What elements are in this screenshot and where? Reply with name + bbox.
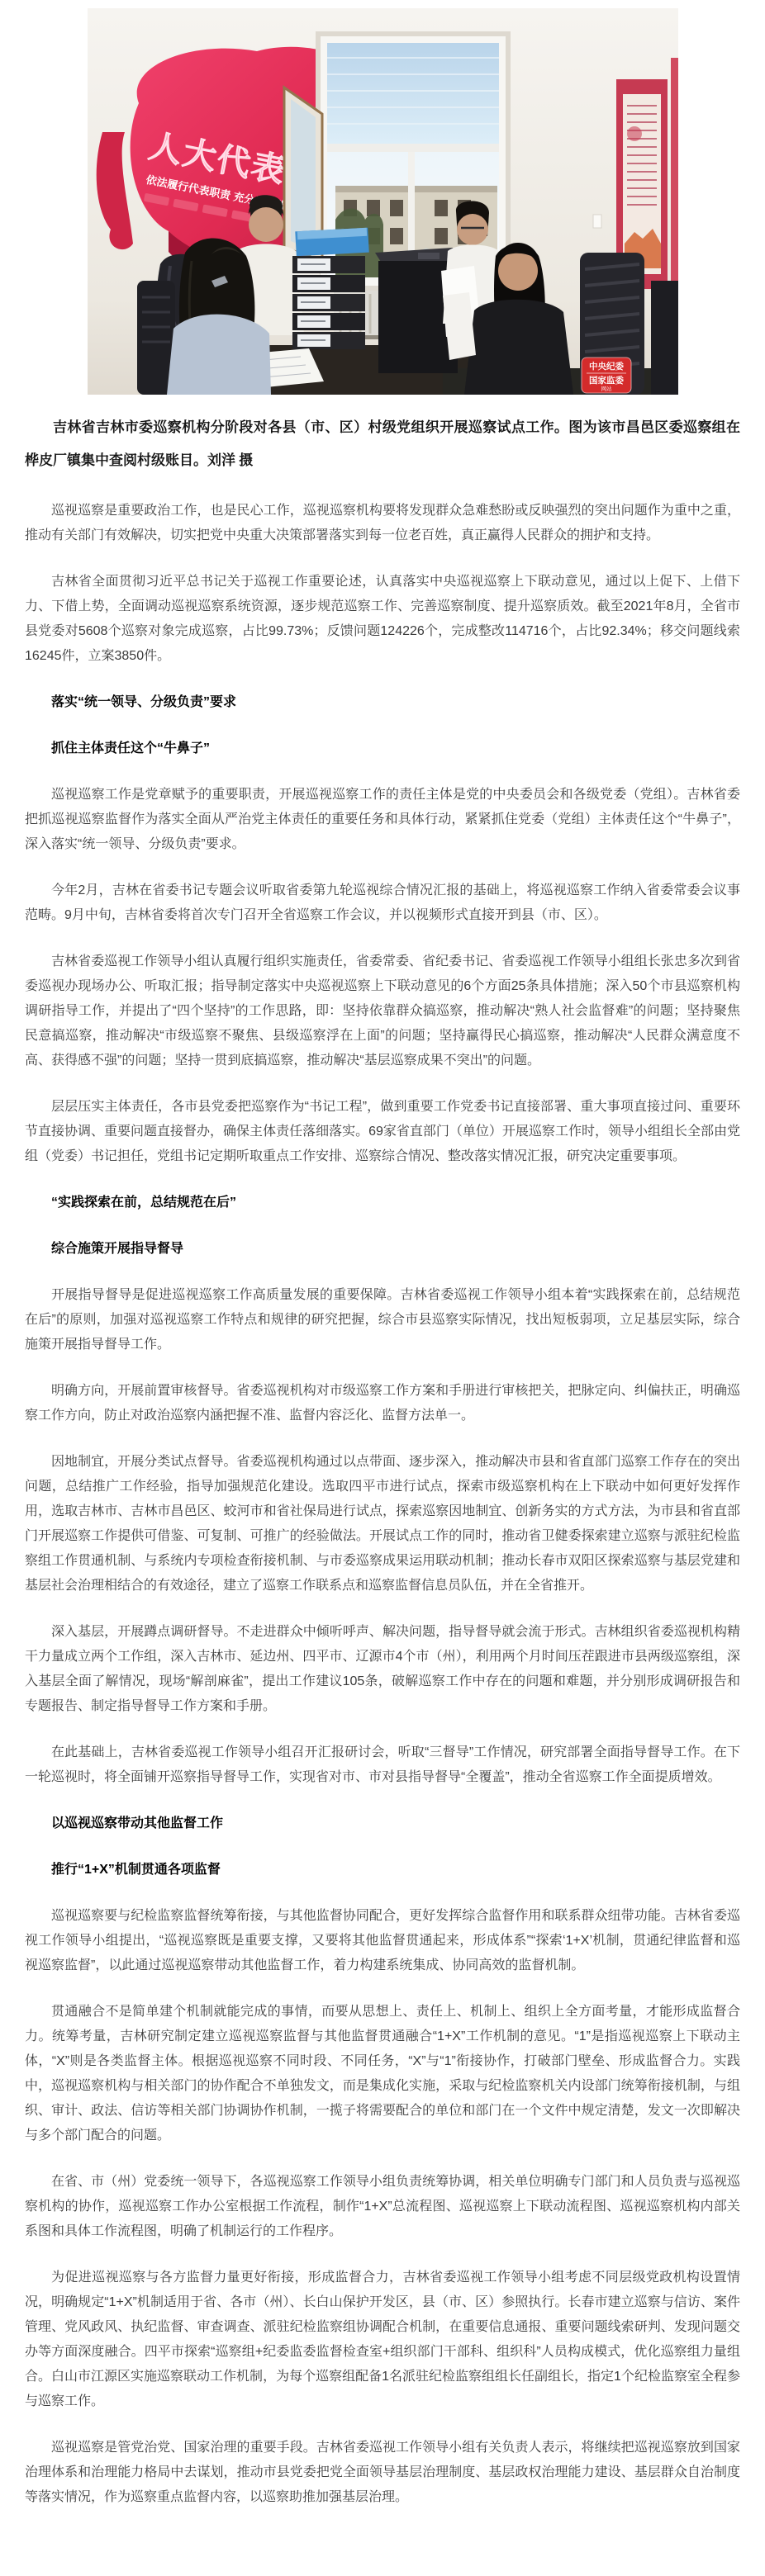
- watermark-badge: 中央纪委 国家监委 网站: [582, 358, 631, 393]
- paragraph: 巡视巡察是管党治党、国家治理的重要手段。吉林省委巡视工作领导小组有关负责人表示，…: [25, 2436, 740, 2510]
- photo-illustration: 人大代表之家 依法履行代表职责 充分发挥代表作用: [88, 8, 678, 395]
- section-heading: “实践探索在前，总结规范在后”: [25, 1191, 740, 1215]
- article-body: 人大代表之家 依法履行代表职责 充分发挥代表作用: [0, 0, 765, 2564]
- watermark-line1: 中央纪委: [589, 361, 624, 372]
- paragraph: 吉林省全面贯彻习近平总书记关于巡视工作重要论述，认真落实中央巡视巡察上下联动意见…: [25, 570, 740, 669]
- paragraph: 层层压实主体责任，各市县党委把巡察作为“书记工程”，做到重要工作党委书记直接部署…: [25, 1095, 740, 1169]
- section-heading: 以巡视巡察带动其他监督工作: [25, 1811, 740, 1836]
- paragraph: 在省、市（州）党委统一领导下，各巡视巡察工作领导小组负责统筹协调，相关单位明确专…: [25, 2170, 740, 2244]
- paragraph: 明确方向，开展前置审核督导。省委巡视机构对市级巡察工作方案和手册进行审核把关，把…: [25, 1379, 740, 1428]
- paragraph: 今年2月，吉林在省委书记专题会议听取省委第九轮巡视综合情况汇报的基础上，将巡视巡…: [25, 878, 740, 928]
- news-photo: 人大代表之家 依法履行代表职责 充分发挥代表作用: [88, 8, 678, 395]
- paragraph: 贯通融合不是简单建个机制就能完成的事情，而要从思想上、责任上、机制上、组织上全方…: [25, 2000, 740, 2148]
- paragraph: 因地制宜，开展分类试点督导。省委巡视机构通过以点带面、逐步深入，推动解决市县和省…: [25, 1450, 740, 1598]
- paragraph: 巡视巡察是重要政治工作，也是民心工作，巡视巡察机构要将发现群众急难愁盼或反映强烈…: [25, 499, 740, 548]
- paragraph: 深入基层，开展蹲点调研督导。不走进群众中倾听呼声、解决问题，指导督导就会流于形式…: [25, 1620, 740, 1719]
- paragraph: 开展指导督导是促进巡视巡察工作高质量发展的重要保障。吉林省委巡视工作领导小组本着…: [25, 1283, 740, 1357]
- section-heading: 综合施策开展指导督导: [25, 1237, 740, 1262]
- watermark-line2: 国家监委: [589, 375, 624, 386]
- section-heading: 抓住主体责任这个“牛鼻子”: [25, 736, 740, 761]
- paragraph: 为促进巡视巡察与各方监督力量更好衔接，形成监督合力，吉林省委巡视工作领导小组考虑…: [25, 2266, 740, 2414]
- paragraph: 巡视巡察要与纪检监察监督统筹衔接，与其他监督协同配合，更好发挥综合监督作用和联系…: [25, 1904, 740, 1978]
- article-page: 人大代表之家 依法履行代表职责 充分发挥代表作用: [0, 0, 765, 2564]
- paragraph: 吉林省委巡视工作领导小组认真履行组织实施责任，省委常委、省纪委书记、省委巡视工作…: [25, 949, 740, 1073]
- paragraph: 在此基础上，吉林省委巡视工作领导小组召开汇报研讨会，听取“三督导”工作情况，研究…: [25, 1740, 740, 1790]
- watermark-line3: 网站: [601, 385, 612, 392]
- paragraph: 巡视巡察工作是党章赋予的重要职责，开展巡视巡察工作的责任主体是党的中央委员会和各…: [25, 783, 740, 857]
- section-heading: 推行“1+X”机制贯通各项监督: [25, 1858, 740, 1882]
- photo-caption: 吉林省吉林市委巡察机构分阶段对各县（市、区）村级党组织开展巡察试点工作。图为该市…: [25, 411, 740, 477]
- section-heading: 落实“统一领导、分级负责”要求: [25, 690, 740, 715]
